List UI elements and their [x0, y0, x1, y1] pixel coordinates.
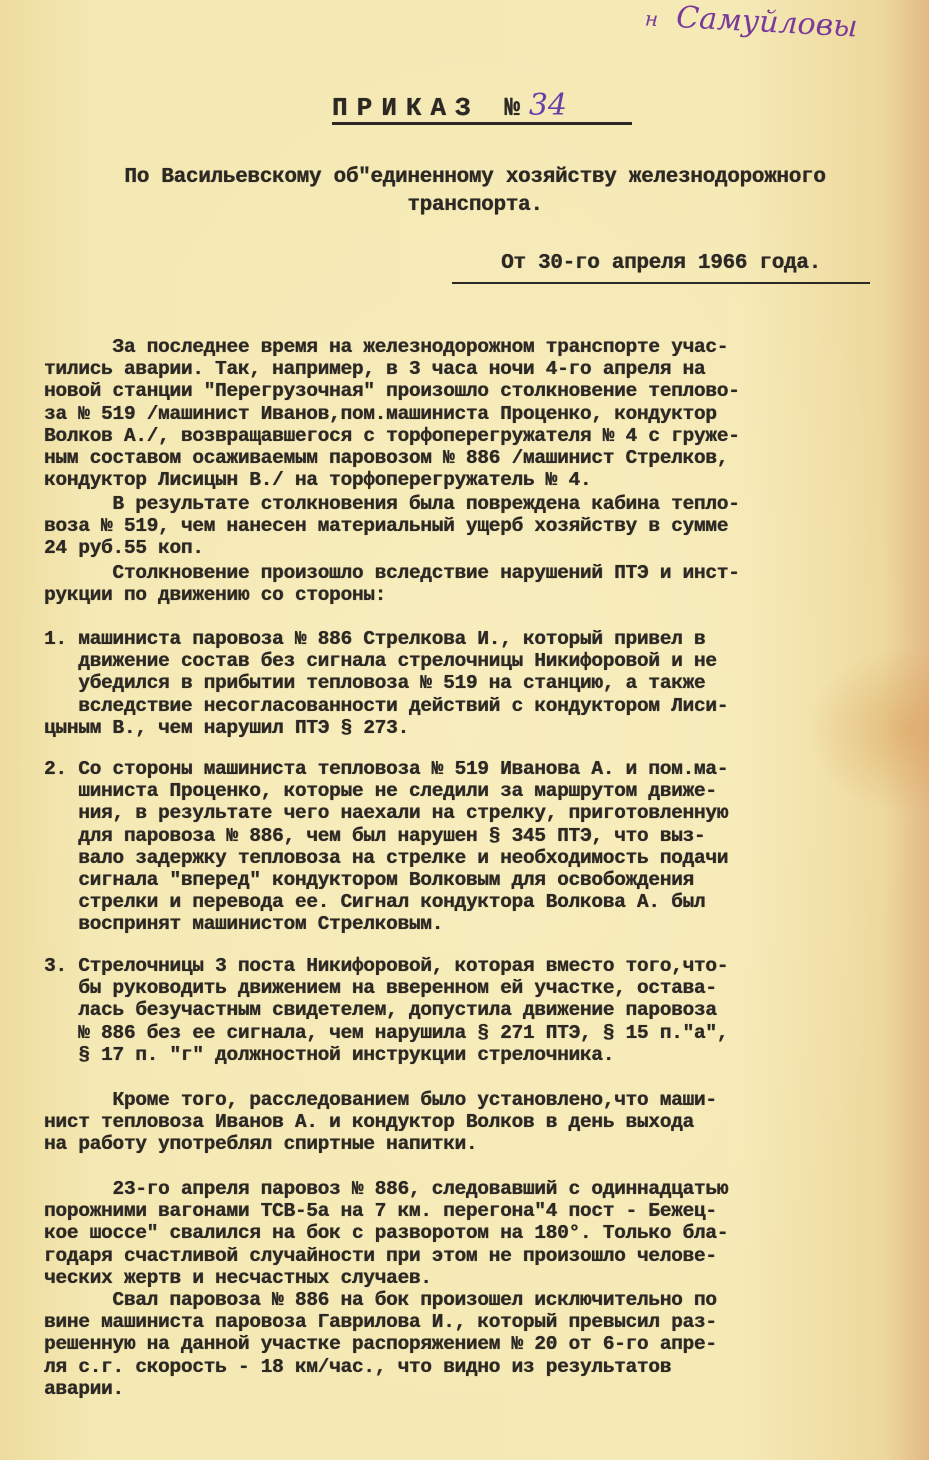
text-line: на работу употреблял спиртные напитки. — [44, 1133, 914, 1155]
text-line: лась безучастным свидетелем, допустила д… — [44, 999, 914, 1021]
list-item-2: 2. Со стороны машиниста тепловоза № 519 … — [44, 758, 914, 936]
handwritten-annotation: нСамуйловы — [644, 0, 858, 45]
text-line: ческих жертв и несчастных случаев. — [44, 1267, 914, 1289]
text-line: Волков А./, возвращавшегося с торфоперег… — [44, 425, 914, 447]
paragraph-intro: За последнее время на железнодорожном тр… — [44, 336, 914, 491]
text-line: 23-го апреля паровоз № 886, следовавший … — [44, 1178, 914, 1200]
text-line: решенную на данной участке распоряжением… — [44, 1333, 914, 1355]
text-line: вало задержку тепловоза на стрелке и нео… — [44, 847, 914, 869]
text-line: Кроме того, расследованием было установл… — [44, 1089, 914, 1111]
text-line: ния, в результате чего наехали на стрелк… — [44, 802, 914, 824]
text-line: воза № 519, чем нанесен материальный уще… — [44, 515, 914, 537]
text-line: движение состав без сигнала стрелочницы … — [44, 650, 914, 672]
subtitle: По Васильевскому об"единенному хозяйству… — [40, 164, 910, 220]
page-title: ПРИКАЗ №34 — [332, 88, 632, 125]
text-line: № 886 без ее сигнала, чем нарушила § 271… — [44, 1022, 914, 1044]
annotation-prefix: н — [644, 6, 658, 31]
text-line: 24 руб.55 коп. — [44, 537, 914, 559]
text-line: аварии. — [44, 1378, 914, 1400]
paragraph-alcohol: Кроме того, расследованием было установл… — [44, 1089, 914, 1156]
text-line: сигнала "вперед" кондуктором Волковым дл… — [44, 869, 914, 891]
text-line: 2. Со стороны машиниста тепловоза № 519 … — [44, 758, 914, 780]
text-line: § 17 п. "г" должностной инструкции стрел… — [44, 1044, 914, 1066]
paragraph-blame: Свал паровоза № 886 на бок произошел иск… — [44, 1289, 914, 1400]
annotation-text: Самуйловы — [675, 0, 858, 44]
text-line: кондуктор Лисицын В./ на торфоперегружат… — [44, 469, 914, 491]
list-item-1: 1. машиниста паровоза № 886 Стрелкова И.… — [44, 628, 914, 739]
text-line: годаря счастливой случайности при этом н… — [44, 1245, 914, 1267]
text-line: 1. машиниста паровоза № 886 Стрелкова И.… — [44, 628, 914, 650]
document-page: нСамуйловы ПРИКАЗ №34 По Васильевскому о… — [0, 0, 929, 1460]
text-line: порожними вагонами ТСВ-5а на 7 км. перег… — [44, 1200, 914, 1222]
title-typed: ПРИКАЗ № — [332, 93, 529, 123]
text-line: стрелки и перевода ее. Сигнал кондуктора… — [44, 891, 914, 913]
text-line: бы руководить движением на вверенном ей … — [44, 977, 914, 999]
text-line: 3. Стрелочницы 3 поста Никифоровой, кото… — [44, 955, 914, 977]
text-line: шиниста Проценко, которые не следили за … — [44, 780, 914, 802]
text-line: рукции по движению со стороны: — [44, 584, 914, 606]
subtitle-line: транспорта. — [40, 192, 910, 220]
subtitle-line: По Васильевскому об"единенному хозяйству… — [40, 164, 910, 192]
text-line: нист тепловоза Иванов А. и кондуктор Вол… — [44, 1111, 914, 1133]
order-date: От 30-го апреля 1966 года. — [452, 252, 870, 284]
text-line: Столкновение произошло вследствие наруше… — [44, 562, 914, 584]
text-line: воспринят машинистом Стрелковым. — [44, 913, 914, 935]
text-line: Свал паровоза № 886 на бок произошел иск… — [44, 1289, 914, 1311]
list-item-3: 3. Стрелочницы 3 поста Никифоровой, кото… — [44, 955, 914, 1066]
text-line: за № 519 /машинист Иванов,пом.машиниста … — [44, 403, 914, 425]
text-line: ным составом осаживаемым паровозом № 886… — [44, 447, 914, 469]
text-line: За последнее время на железнодорожном тр… — [44, 336, 914, 358]
text-line: В результате столкновения была поврежден… — [44, 493, 914, 515]
text-line: ля с.г. скорость - 18 км/час., что видно… — [44, 1356, 914, 1378]
paragraph-derailment: 23-го апреля паровоз № 886, следовавший … — [44, 1178, 914, 1289]
text-line: новой станции "Перегрузочная" произошло … — [44, 380, 914, 402]
text-line: кое шоссе" свалился на бок с разворотом … — [44, 1222, 914, 1244]
title-handwritten-number: 34 — [529, 88, 567, 123]
text-line: цыным В., чем нарушил ПТЭ § 273. — [44, 717, 914, 739]
text-line: для паровоза № 886, чем был нарушен § 34… — [44, 825, 914, 847]
paragraph-cause: Столкновение произошло вследствие наруше… — [44, 562, 914, 606]
text-line: вследствие несогласованности действий с … — [44, 695, 914, 717]
paragraph-damage: В результате столкновения была поврежден… — [44, 493, 914, 560]
text-line: вине машиниста паровоза Гаврилова И., ко… — [44, 1311, 914, 1333]
text-line: убедился в прибытии тепловоза № 519 на с… — [44, 672, 914, 694]
text-line: тились аварии. Так, например, в 3 часа н… — [44, 358, 914, 380]
